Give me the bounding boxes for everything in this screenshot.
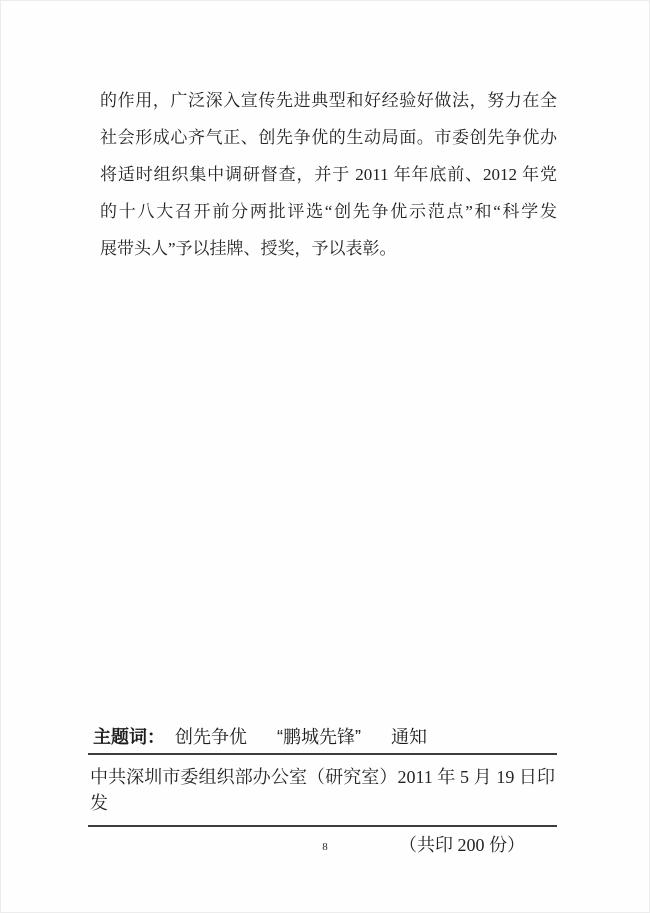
body-paragraph: 的作用，广泛深入宣传先进典型和好经验好做法，努力在全 社会形成心齐气正、创先争优… <box>100 82 557 267</box>
body-line: 将适时组织集中调研督查，并于 2011 年年底前、2012 年党 <box>100 156 557 193</box>
subject-label: 主题词： <box>93 727 165 748</box>
body-line: 的作用，广泛深入宣传先进典型和好经验好做法，努力在全 <box>100 82 557 119</box>
subject-term: 通知 <box>391 727 427 748</box>
body-line: 社会形成心齐气正、创先争优的生动局面。市委创先争优办 <box>100 119 557 156</box>
subject-term: 创先争优 <box>175 727 247 748</box>
issuer-line: 中共深圳市委组织部办公室（研究室）2011 年 5 月 19 日印发 <box>88 755 557 827</box>
subject-row: 主题词： 创先争优 “鹏城先锋” 通知 <box>88 727 557 755</box>
document-footer: 主题词： 创先争优 “鹏城先锋” 通知 中共深圳市委组织部办公室（研究室）201… <box>88 727 557 857</box>
body-line: 的十八大召开前分两批评选“创先争优示范点”和“科学发 <box>100 193 557 230</box>
body-line: 展带头人”予以挂牌、授奖，予以表彰。 <box>100 230 557 267</box>
subject-term: “鹏城先锋” <box>277 727 361 748</box>
document-page: 的作用，广泛深入宣传先进典型和好经验好做法，努力在全 社会形成心齐气正、创先争优… <box>0 0 650 913</box>
page-number: 8 <box>0 841 650 853</box>
